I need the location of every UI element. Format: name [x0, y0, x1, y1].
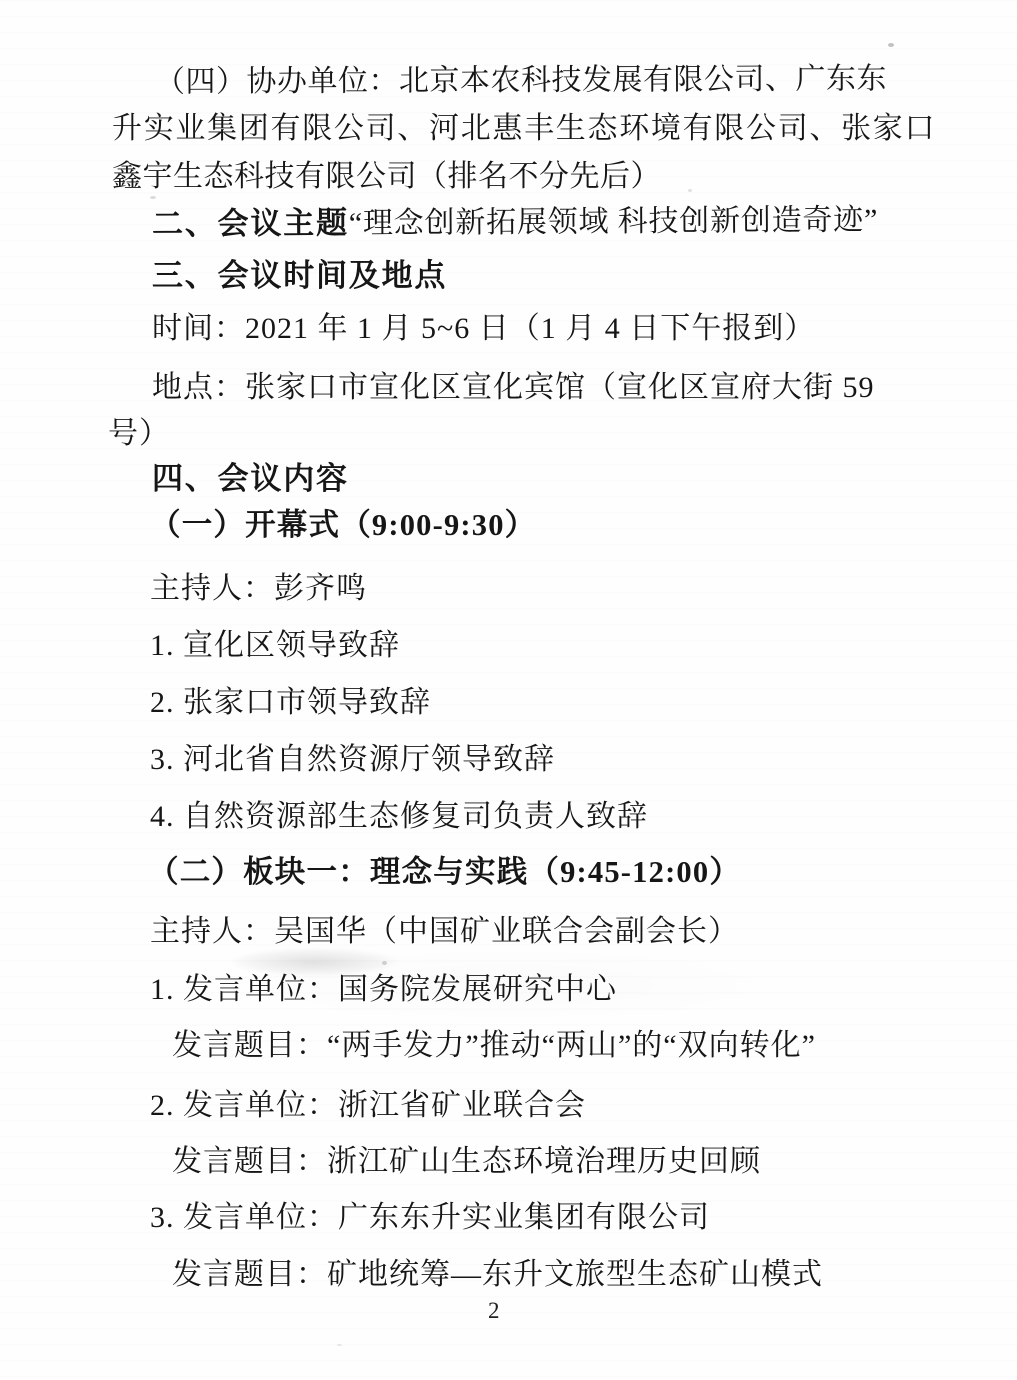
- theme-heading: 二、会议主题: [152, 205, 349, 241]
- scan-speck: [150, 196, 156, 199]
- opening-title: （一）开幕式（9:00-9:30）: [150, 508, 536, 543]
- speech-2-unit: 2. 发言单位：浙江省矿业联合会: [150, 1089, 586, 1124]
- co-organizers-line-2: 升实业集团有限公司、河北惠丰生态环境有限公司、张家口: [112, 112, 936, 147]
- theme-value: “理念创新拓展领域 科技创新创造奇迹”: [349, 203, 879, 240]
- opening-item-4: 4. 自然资源部生态修复司负责人致辞: [150, 800, 648, 835]
- scan-smudge: [232, 948, 397, 976]
- co-organizers-line-3: 鑫宇生态科技有限公司（排名不分先后）: [112, 160, 661, 195]
- schedule-place-line-1: 地点：张家口市宣化区宣化宾馆（宣化区宣府大街 59: [152, 371, 875, 406]
- scan-speck: [688, 189, 692, 192]
- speech-1-topic: 发言题目：“两手发力”推动“两山”的“双向转化”: [172, 1029, 816, 1064]
- block1-host: 主持人：吴国华（中国矿业联合会副会长）: [150, 915, 739, 950]
- block1-title: （二）板块一：理念与实践（9:45-12:00）: [148, 855, 741, 890]
- co-organizers-line-1: （四）协办单位：北京本农科技发展有限公司、广东东: [155, 62, 887, 100]
- opening-host: 主持人：彭齐鸣: [150, 572, 367, 607]
- opening-item-3: 3. 河北省自然资源厅领导致辞: [150, 743, 555, 778]
- schedule-place-line-2: 号）: [108, 417, 170, 452]
- scan-speck: [888, 43, 894, 47]
- opening-item-1: 1. 宣化区领导致辞: [150, 629, 400, 664]
- speech-3-unit: 3. 发言单位：广东东升实业集团有限公司: [150, 1201, 710, 1236]
- opening-item-2: 2. 张家口市领导致辞: [150, 686, 431, 721]
- scan-speck: [337, 1344, 342, 1346]
- agenda-heading: 四、会议内容: [152, 461, 349, 497]
- schedule-heading: 三、会议时间及地点: [152, 258, 447, 294]
- theme-line: 二、会议主题“理念创新拓展领域 科技创新创造奇迹”: [152, 201, 878, 243]
- schedule-time: 时间：2021 年 1 月 5~6 日（1 月 4 日下午报到）: [152, 312, 815, 347]
- speech-3-topic: 发言题目：矿地统筹—东升文旅型生态矿山模式: [172, 1258, 823, 1293]
- scan-speck: [382, 961, 387, 965]
- scanned-document-page: （四）协办单位：北京本农科技发展有限公司、广东东 升实业集团有限公司、河北惠丰生…: [0, 0, 1017, 1380]
- speech-2-topic: 发言题目：浙江矿山生态环境治理历史回顾: [172, 1145, 761, 1180]
- speech-1-unit: 1. 发言单位：国务院发展研究中心: [150, 973, 617, 1008]
- page-number: 2: [488, 1298, 500, 1324]
